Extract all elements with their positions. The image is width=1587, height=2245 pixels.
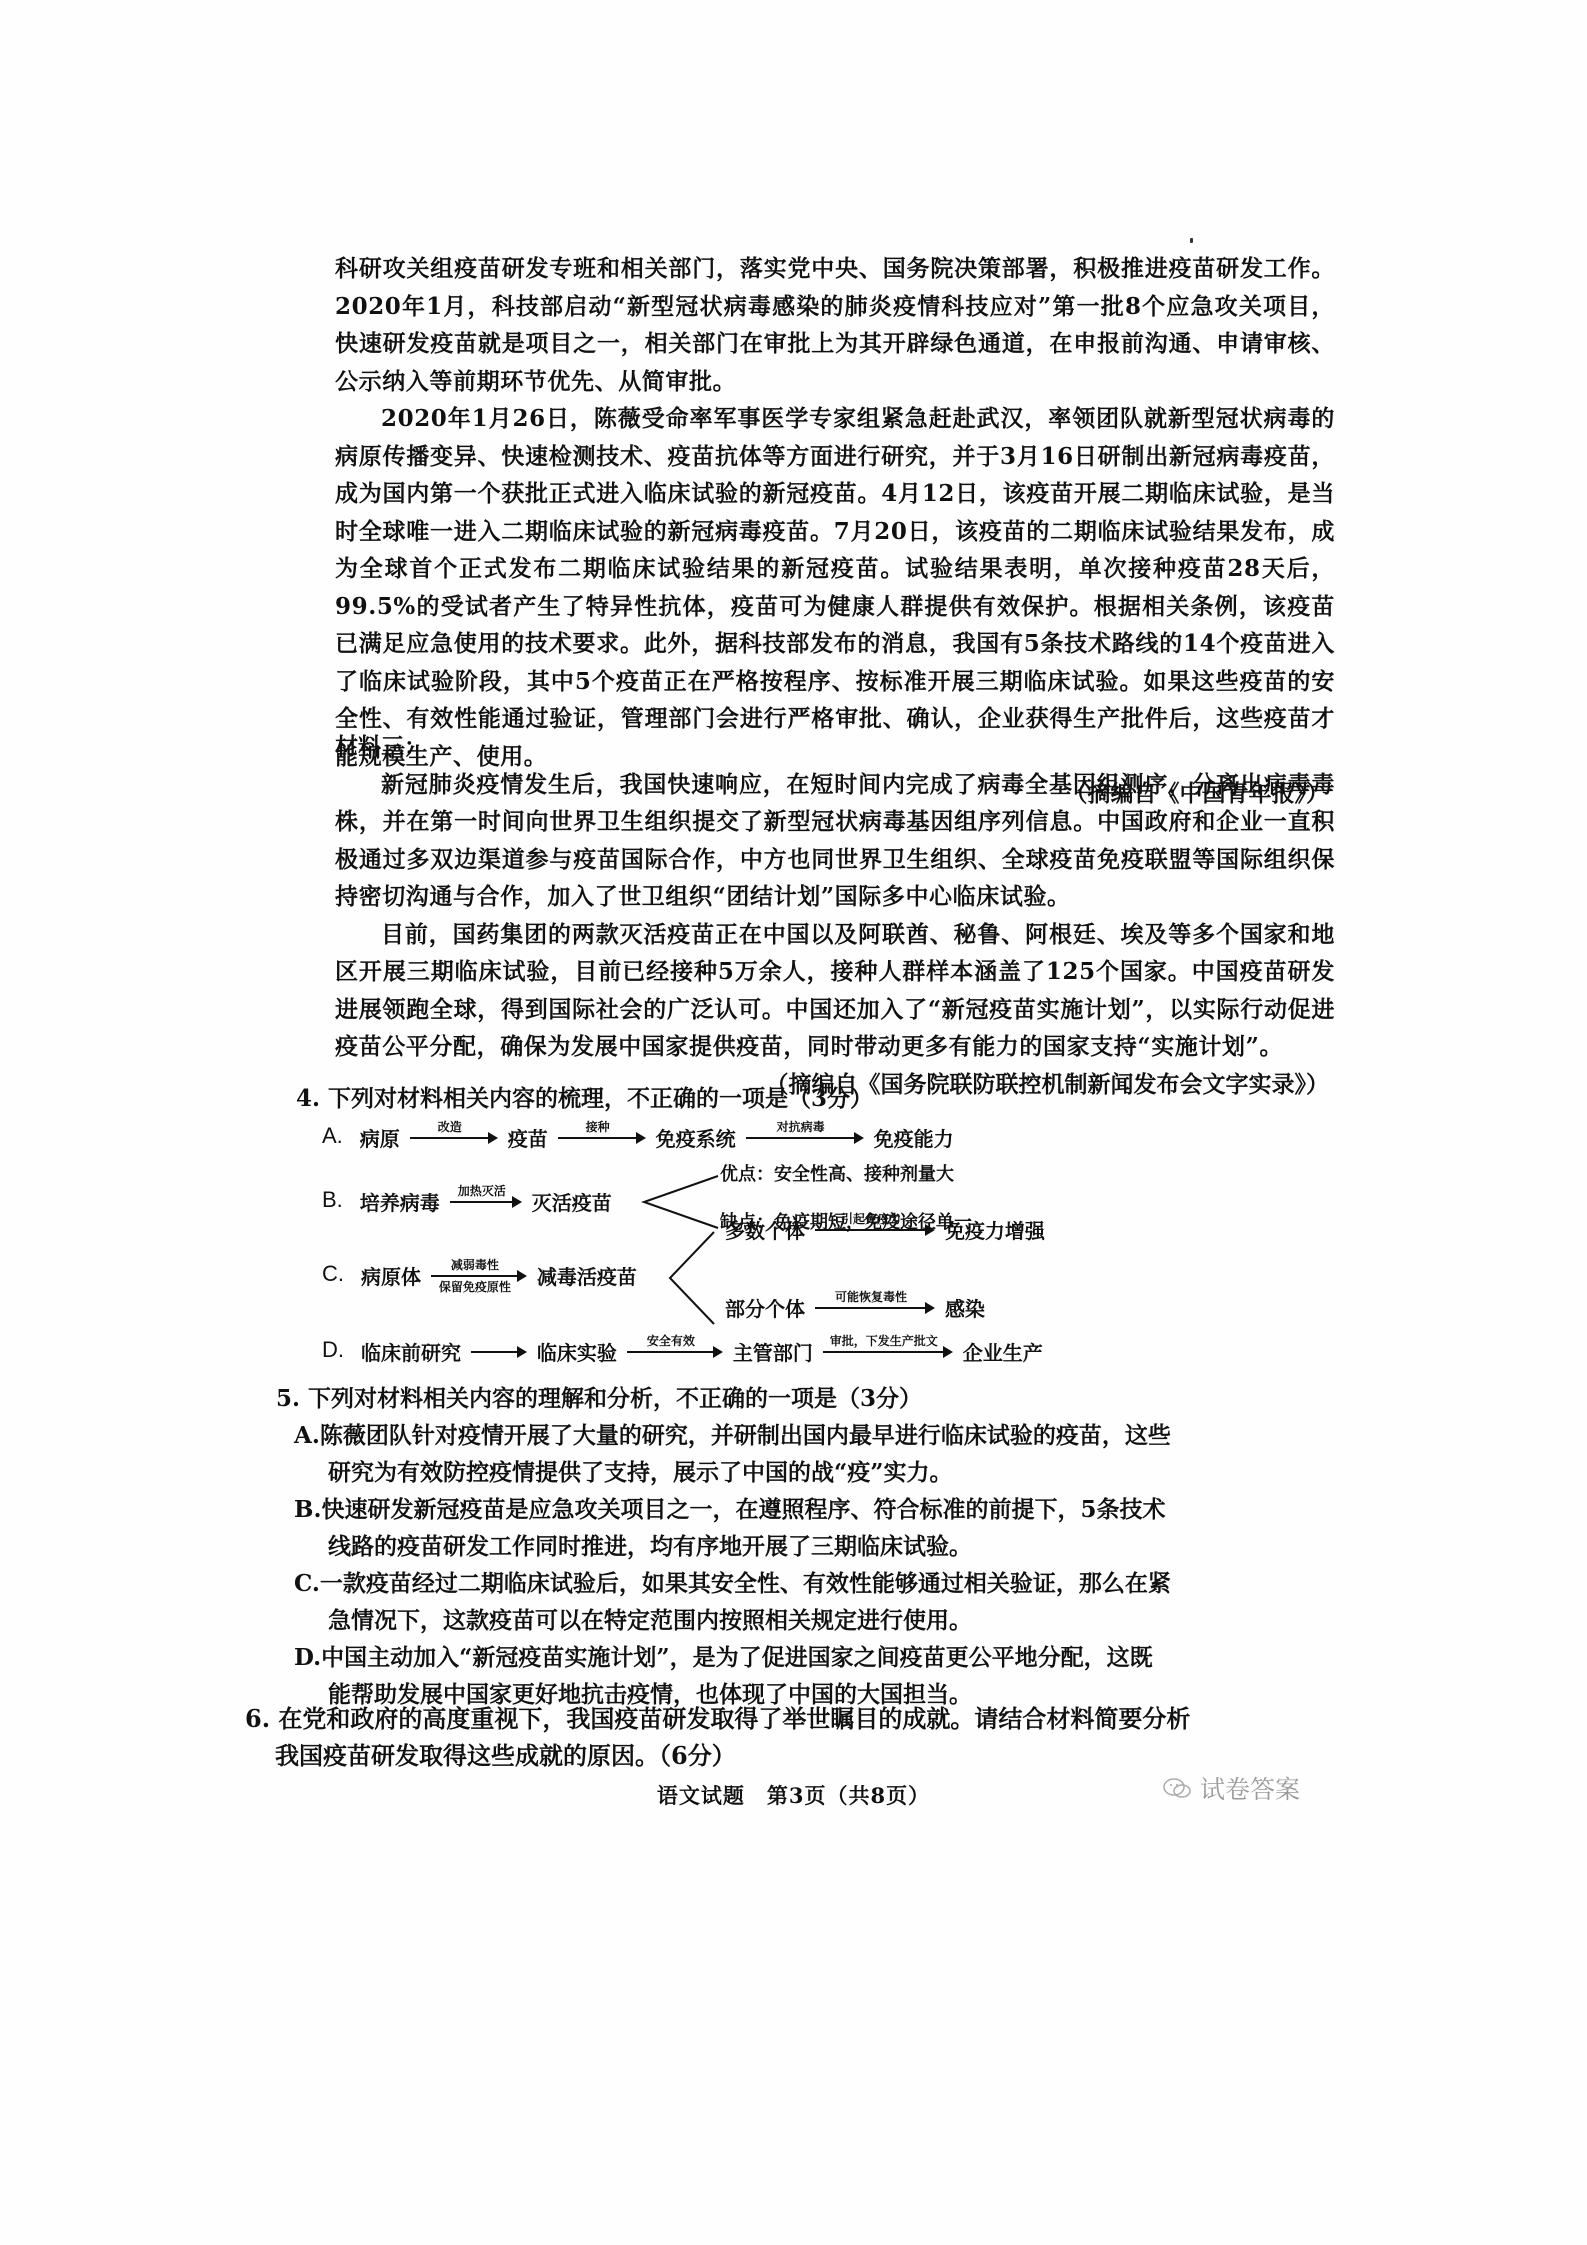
material-3: 材料三： 新冠肺炎疫情发生后，我国快速响应，在短时间内完成了病毒全基因组测序，分… [335, 728, 1335, 1103]
option-text: 急情况下，这款疫苗可以在特定范围内按照相关规定进行使用。 [276, 1602, 1346, 1639]
material-2-paragraph-2: 2020年1月26日，陈薇受命率军事医学专家组紧急赶赴武汉，率领团队就新型冠状病… [335, 400, 1335, 775]
watermark: 试卷答案 [1162, 1770, 1300, 1806]
flow-node: 病原 [360, 1123, 400, 1152]
q4-b-advantage: 优点：安全性高、接种剂量大 [720, 1160, 954, 1186]
arrow-icon: 对抗病毒 [746, 1120, 864, 1154]
material-3-paragraph-2: 目前，国药集团的两款灭活疫苗正在中国以及阿联酋、秘鲁、阿根廷、埃及等多个国家和地… [335, 916, 1335, 1066]
flow-node: 免疫系统 [656, 1123, 736, 1152]
option-text: 线路的疫苗研发工作同时推进，均有序地开展了三期临床试验。 [276, 1528, 1346, 1565]
question-5-title: 5. 下列对材料相关内容的理解和分析，不正确的一项是（3分） [276, 1380, 1346, 1417]
q5-option-a[interactable]: A.陈薇团队针对疫情开展了大量的研究，并研制出国内最早进行临床试验的疫苗，这些 … [276, 1417, 1346, 1491]
q4-c-branch-minority: 部分个体 可能恢复毒性 感染 [725, 1290, 985, 1324]
page-footer: 语文试题 第3页（共8页） [0, 1780, 1587, 1810]
flow-node: 企业生产 [963, 1337, 1043, 1366]
arrow-icon: 接种 [558, 1120, 646, 1154]
flow-node: 部分个体 [725, 1293, 805, 1322]
flow-node: 感染 [945, 1293, 985, 1322]
arrow-icon: 改造 [410, 1120, 498, 1154]
flow-node: 减毒活疫苗 [537, 1261, 637, 1290]
material-2-paragraph-1: 科研攻关组疫苗研发专班和相关部门，落实党中央、国务院决策部署，积极推进疫苗研发工… [335, 250, 1335, 400]
arrow-icon: 安全有效 [627, 1334, 723, 1368]
q4-option-a[interactable]: A. 病原 改造 疫苗 接种 免疫系统 对抗病毒 免疫能力 [322, 1120, 954, 1154]
material-3-heading: 材料三： [335, 728, 1335, 766]
arrow-icon: 减弱毒性保留免疫原性 [431, 1258, 527, 1292]
question-5: 5. 下列对材料相关内容的理解和分析，不正确的一项是（3分） A.陈薇团队针对疫… [276, 1380, 1346, 1713]
option-letter: D. [294, 1644, 321, 1671]
question-4-title: 4. 下列对材料相关内容的梳理，不正确的一项是（3分） [296, 1080, 873, 1117]
arrow-icon: 可能恢复毒性 [815, 1290, 935, 1324]
q4-c-branch-majority: 多数个体 引起免疫力 免疫力增强 [725, 1212, 1045, 1246]
option-letter: A. [322, 1123, 343, 1148]
branch-bracket-icon [640, 1172, 720, 1232]
option-letter: D. [322, 1337, 344, 1362]
flow-node: 灭活疫苗 [532, 1187, 612, 1216]
flow-node: 疫苗 [508, 1123, 548, 1152]
question-6-line-2: 我国疫苗研发取得这些成就的原因。（6分） [245, 1737, 1345, 1774]
flow-node: 培养病毒 [360, 1187, 440, 1216]
arrow-icon [471, 1334, 527, 1368]
option-letter: B. [294, 1496, 321, 1523]
flow-node: 多数个体 [725, 1215, 805, 1244]
option-letter: C. [322, 1261, 344, 1286]
option-text: 陈薇团队针对疫情开展了大量的研究，并研制出国内最早进行临床试验的疫苗，这些 [320, 1422, 1171, 1449]
arrow-icon: 审批，下发生产批文 [823, 1334, 953, 1368]
option-letter: C. [294, 1570, 320, 1597]
q5-option-c[interactable]: C.一款疫苗经过二期临床试验后，如果其安全性、有效性能够通过相关验证，那么在紧 … [276, 1565, 1346, 1639]
wechat-icon [1162, 1776, 1192, 1800]
q4-option-d[interactable]: D. 临床前研究 临床实验 安全有效 主管部门 审批，下发生产批文 企业生产 [322, 1334, 1043, 1368]
arrow-icon: 引起免疫力 [815, 1212, 935, 1246]
scan-speck [1190, 238, 1193, 243]
q4-option-c[interactable]: C. 病原体 减弱毒性保留免疫原性 减毒活疫苗 [322, 1258, 637, 1292]
option-text: 研究为有效防控疫情提供了支持，展示了中国的战“疫”实力。 [276, 1454, 1346, 1491]
flow-node: 病原体 [361, 1261, 421, 1290]
option-letter: A. [294, 1422, 320, 1449]
option-text: 快速研发新冠疫苗是应急攻关项目之一，在遵照程序、符合标准的前提下，5条技术 [321, 1496, 1165, 1523]
question-6-line-1: 6. 在党和政府的高度重视下，我国疫苗研发取得了举世瞩目的成就。请结合材料简要分… [245, 1700, 1345, 1737]
material-3-paragraph-1: 新冠肺炎疫情发生后，我国快速响应，在短时间内完成了病毒全基因组测序，分离出病毒毒… [335, 766, 1335, 916]
flow-node: 临床实验 [537, 1337, 617, 1366]
flow-node: 临床前研究 [361, 1337, 461, 1366]
watermark-text: 试卷答案 [1200, 1770, 1300, 1806]
branch-bracket-icon [666, 1228, 716, 1328]
q5-option-b[interactable]: B.快速研发新冠疫苗是应急攻关项目之一，在遵照程序、符合标准的前提下，5条技术 … [276, 1491, 1346, 1565]
flow-node: 免疫能力 [874, 1123, 954, 1152]
arrow-icon: 加热灭活 [450, 1184, 522, 1218]
exam-page: 科研攻关组疫苗研发专班和相关部门，落实党中央、国务院决策部署，积极推进疫苗研发工… [0, 0, 1587, 2245]
option-text: 一款疫苗经过二期临床试验后，如果其安全性、有效性能够通过相关验证，那么在紧 [320, 1570, 1171, 1597]
q4-option-b[interactable]: B. 培养病毒 加热灭活 灭活疫苗 [322, 1184, 612, 1218]
option-letter: B. [322, 1187, 343, 1212]
option-text: 中国主动加入“新冠疫苗实施计划”，是为了促进国家之间疫苗更公平地分配，这既 [321, 1644, 1152, 1671]
question-6: 6. 在党和政府的高度重视下，我国疫苗研发取得了举世瞩目的成就。请结合材料简要分… [245, 1700, 1345, 1774]
flow-node: 免疫力增强 [945, 1215, 1045, 1244]
flow-node: 主管部门 [733, 1337, 813, 1366]
